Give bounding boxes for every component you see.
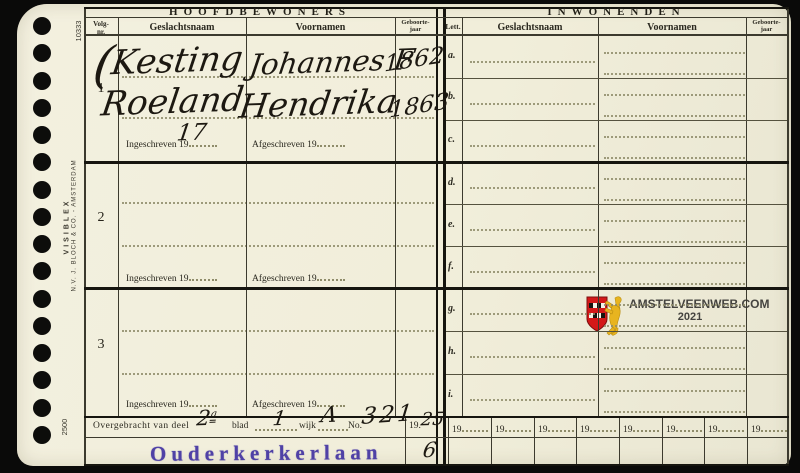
handwriting-surname-2: Roeland — [99, 83, 246, 122]
column-header-firstnames-right: Voornamen — [598, 22, 746, 34]
dotted-line — [604, 199, 745, 201]
handwriting-year-25: 25 — [420, 411, 446, 430]
letter-label: i. — [448, 389, 453, 400]
dotted-fill — [633, 421, 659, 432]
dotted-line — [604, 262, 745, 264]
punch-hole — [33, 44, 51, 62]
letter-label: f. — [448, 261, 454, 272]
row-number-2: 2 — [92, 210, 110, 226]
right-section-title: INWONENDEN — [446, 6, 787, 18]
year-cell: 19 — [666, 421, 702, 435]
row-number-3: 3 — [92, 337, 110, 353]
section-divider — [436, 7, 438, 465]
year-cell: 19 — [452, 421, 488, 435]
dotted-line — [604, 347, 745, 349]
handwriting-no: 321 — [361, 402, 417, 429]
grid-line — [576, 417, 577, 465]
column-header-birthyear-right: Geboorte- jaar — [746, 19, 787, 34]
blad-label: blad — [232, 421, 248, 431]
grid-line — [84, 34, 789, 36]
punch-hole — [33, 153, 51, 171]
grid-line — [395, 18, 396, 417]
dotted-fill — [189, 270, 217, 281]
wijk-label: wijk — [299, 421, 316, 431]
dotted-line — [122, 202, 434, 204]
column-header-birthyear-left: Geboorte- jaar — [395, 19, 436, 34]
watermark-line2: 2021 — [629, 311, 751, 323]
column-header-surname-right: Geslachtsnaam — [462, 22, 598, 34]
dotted-line — [604, 241, 745, 243]
punch-hole — [33, 72, 51, 90]
punch-hole — [33, 317, 51, 335]
letter-label: e. — [448, 219, 455, 230]
punch-hole — [33, 208, 51, 226]
stock-number-top: 10333 — [74, 14, 84, 48]
dotted-line — [604, 304, 745, 306]
section-divider — [443, 7, 446, 465]
grid-line — [787, 7, 789, 465]
dotted-line — [604, 220, 745, 222]
dotted-line — [122, 373, 434, 375]
handwriting-ingeschreven-year: 17 — [175, 121, 208, 145]
dotted-fill — [505, 421, 531, 432]
dotted-line — [470, 187, 595, 189]
left-section-title: HOOFDBEWONERS — [84, 6, 436, 18]
year-cell: 19 — [495, 421, 531, 435]
punch-hole — [33, 99, 51, 117]
grid-line — [448, 417, 449, 465]
letter-label: d. — [448, 177, 456, 188]
grid-line — [446, 246, 787, 247]
handwriting-surname-1: Kesting — [109, 42, 245, 81]
dotted-line — [604, 115, 745, 117]
letter-label: c. — [448, 134, 455, 145]
year-cell: 19 — [751, 421, 787, 435]
letter-label: g. — [448, 303, 456, 314]
punch-hole — [33, 262, 51, 280]
grid-line — [619, 417, 620, 465]
grid-line — [446, 78, 787, 79]
punch-hole — [33, 371, 51, 389]
dotted-fill — [676, 421, 702, 432]
afgeschreven-label: Afgeschreven 19 — [252, 270, 345, 284]
column-header-firstnames-left: Voornamen — [246, 22, 395, 34]
stock-number-bottom: 2500 — [60, 410, 70, 444]
year-cell: 19 — [538, 421, 574, 435]
punch-hole — [33, 426, 51, 444]
ingeschreven-label: Ingeschreven 19 — [126, 270, 217, 284]
grid-line — [446, 331, 787, 332]
letter-label: h. — [448, 346, 456, 357]
year-cell: 19 — [623, 421, 659, 435]
punch-hole — [33, 290, 51, 308]
dotted-line — [470, 61, 595, 63]
punch-hole — [33, 344, 51, 362]
dotted-fill — [317, 270, 345, 281]
dotted-line — [604, 178, 745, 180]
year-cell: 19 — [580, 421, 616, 435]
dotted-line — [470, 313, 595, 315]
dotted-line — [604, 283, 745, 285]
grid-line — [534, 417, 535, 465]
grid-line — [446, 120, 787, 121]
punch-hole — [33, 17, 51, 35]
punch-holes — [33, 17, 51, 444]
grid-line — [84, 287, 789, 290]
printer-brand: VISIBLEX N.V. J. BLOCH & CO. - AMSTERDAM — [63, 162, 82, 292]
dotted-line — [604, 325, 745, 327]
letter-label: a. — [448, 50, 456, 61]
handwriting-deel: 2a — [195, 408, 217, 430]
scanned-register-card: AMSTELVEENWEB.COM 2021 — [0, 0, 800, 473]
dotted-fill — [548, 421, 574, 432]
dotted-line — [604, 368, 745, 370]
dotted-line — [122, 245, 434, 247]
grid-line — [747, 417, 748, 465]
afgeschreven-label: Afgeschreven 19 — [252, 136, 345, 150]
grid-line — [662, 417, 663, 465]
dotted-line — [604, 94, 745, 96]
dotted-line — [470, 356, 595, 358]
column-header-surname-left: Geslachtsnaam — [118, 22, 246, 34]
dotted-fill — [317, 136, 345, 147]
dotted-line — [470, 399, 595, 401]
dotted-line — [604, 136, 745, 138]
grid-line — [84, 7, 86, 465]
amstelveen-crest-icon — [585, 294, 627, 336]
punch-hole — [33, 235, 51, 253]
grid-line — [446, 374, 787, 375]
dotted-line — [470, 229, 595, 231]
dotted-line — [470, 271, 595, 273]
overgebracht-label: Overgebracht van deel — [93, 421, 189, 431]
dotted-line — [470, 145, 595, 147]
year-cell: 19 — [708, 421, 744, 435]
street-stamp: Ouderkerkerlaan — [150, 440, 360, 466]
punch-hole — [33, 181, 51, 199]
watermark: AMSTELVEENWEB.COM 2021 — [585, 294, 757, 336]
handwriting-firstnames-2: Hendrika — [237, 84, 399, 122]
dotted-line — [604, 411, 745, 413]
column-header-lett: Lett. — [443, 23, 463, 32]
dotted-line — [604, 157, 745, 159]
dotted-line — [122, 330, 434, 332]
dotted-fill — [462, 421, 488, 432]
dotted-line — [604, 52, 745, 54]
dotted-fill — [318, 429, 348, 431]
dotted-line — [604, 390, 745, 392]
dotted-fill — [590, 421, 616, 432]
punch-hole — [33, 126, 51, 144]
grid-line — [491, 417, 492, 465]
dotted-fill — [761, 421, 787, 432]
column-header-volgnr: Volg- nr. — [85, 20, 117, 36]
dotted-fill — [718, 421, 744, 432]
grid-line — [704, 417, 705, 465]
dotted-line — [470, 103, 595, 105]
dotted-line — [604, 73, 745, 75]
handwriting-wijk: A — [319, 405, 338, 428]
grid-line — [446, 204, 787, 205]
grid-line — [84, 161, 789, 164]
punch-hole — [33, 399, 51, 417]
